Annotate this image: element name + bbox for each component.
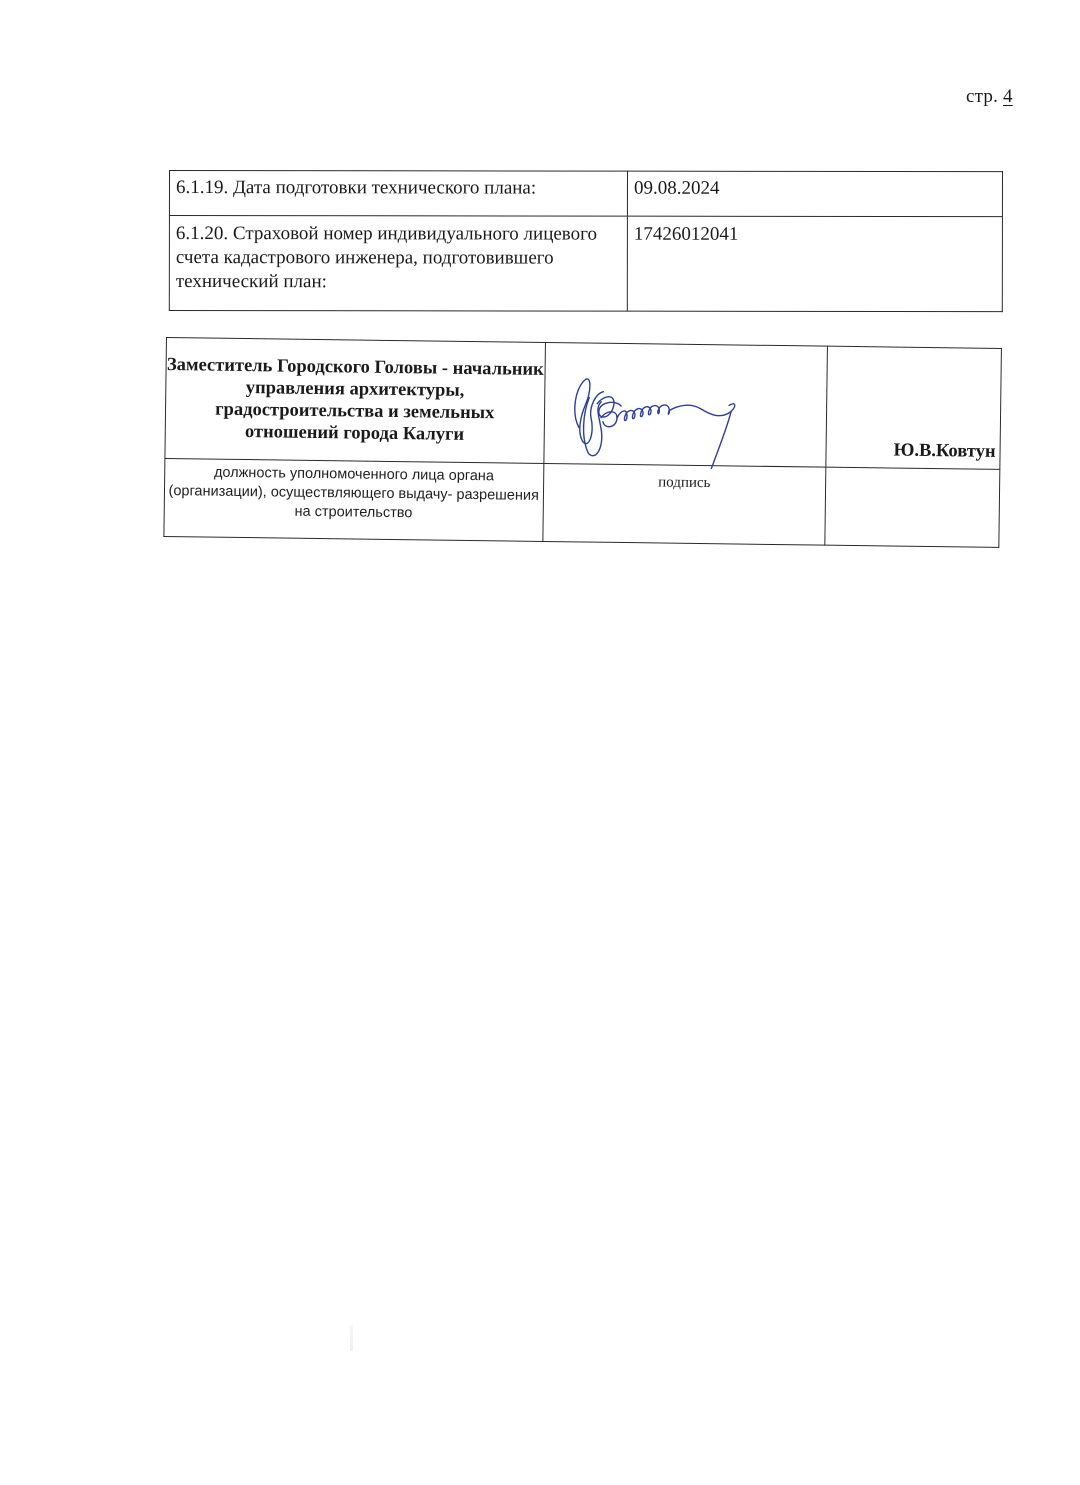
scan-artifact (350, 1325, 353, 1351)
signature-cell (543, 342, 827, 467)
details-table: 6.1.19. Дата подготовки технического пла… (169, 170, 1003, 312)
signature-table: Заместитель Городского Головы - начальни… (163, 337, 1002, 548)
signature-caption: подпись (542, 463, 825, 545)
handwritten-signature-icon (560, 357, 741, 469)
row-label: 6.1.20. Страховой номер индивидуального … (169, 216, 627, 312)
name-caption-cell (825, 467, 1000, 547)
table-row: 6.1.20. Страховой номер индивидуального … (169, 216, 1002, 312)
page-number-value: 4 (1003, 86, 1013, 107)
table-row: должность уполномоченного лица органа (о… (164, 458, 1000, 547)
table-row: 6.1.19. Дата подготовки технического пла… (169, 171, 1002, 217)
table-row: Заместитель Городского Головы - начальни… (165, 338, 1002, 470)
row-value: 09.08.2024 (627, 171, 1002, 217)
page-number: стр. 4 (966, 86, 1013, 108)
row-value: 17426012041 (627, 216, 1002, 312)
position-title: Заместитель Городского Головы - начальни… (165, 338, 545, 464)
page-prefix: стр. (966, 86, 998, 107)
row-label: 6.1.19. Дата подготовки технического пла… (169, 171, 627, 217)
signer-name: Ю.В.Ковтун (826, 346, 1002, 469)
position-caption: должность уполномоченного лица органа (о… (164, 458, 544, 541)
